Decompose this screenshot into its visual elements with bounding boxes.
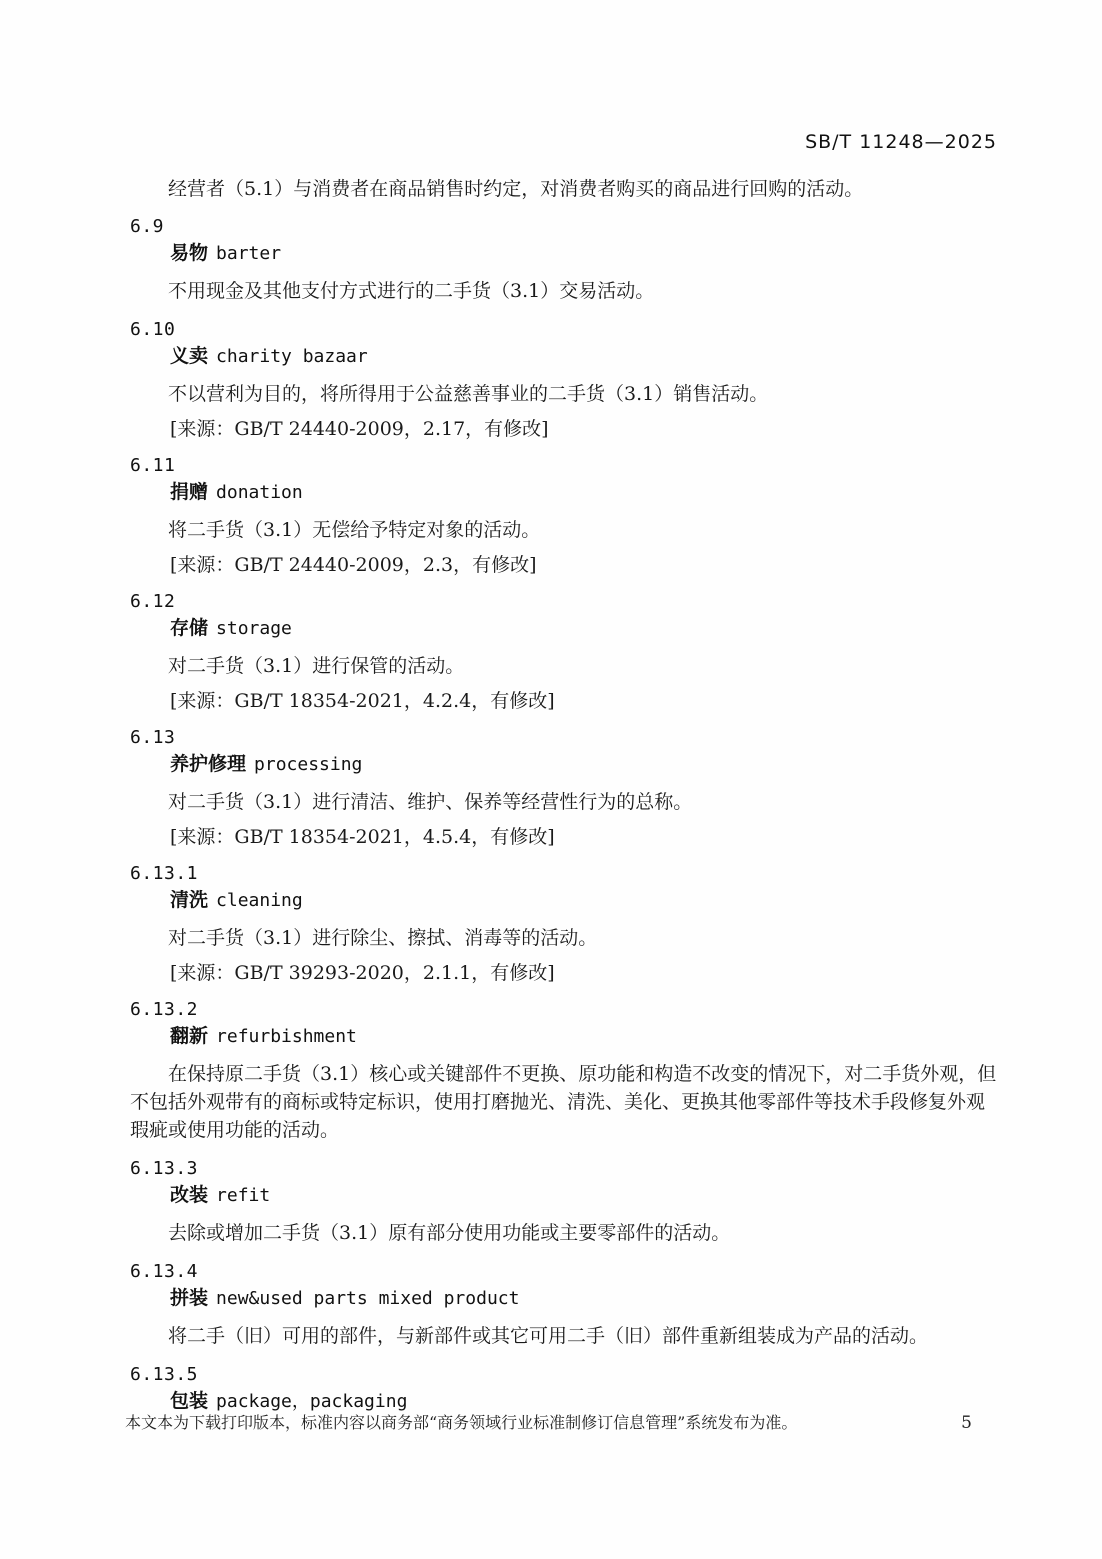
term-number: 6.11: [130, 454, 997, 478]
term-line: 包装package，packaging: [170, 1389, 997, 1414]
term-number: 6.13: [130, 726, 997, 750]
term-definition: 对二手货（3.1）进行除尘、擦拭、消毒等的活动。: [130, 924, 997, 952]
term-definition: 去除或增加二手货（3.1）原有部分使用功能或主要零部件的活动。: [130, 1219, 997, 1247]
sections-list: 6.9 易物barter 不用现金及其他支付方式进行的二手货（3.1）交易活动。…: [130, 215, 997, 1414]
term-english: charity bazaar: [216, 346, 368, 367]
term-line: 存储storage: [170, 616, 997, 641]
term-line: 易物barter: [170, 241, 997, 266]
term-entry: 6.13.1 清洗cleaning 对二手货（3.1）进行除尘、擦拭、消毒等的活…: [130, 862, 997, 985]
term-entry: 6.11 捐赠donation 将二手货（3.1）无偿给予特定对象的活动。 [来…: [130, 454, 997, 577]
term-english: refit: [216, 1185, 270, 1206]
page-number: 5: [961, 1413, 972, 1433]
term-english: processing: [254, 754, 362, 775]
term-entry: 6.13.2 翻新refurbishment 在保持原二手货（3.1）核心或关键…: [130, 998, 997, 1144]
term-entry: 6.13.4 拼装new&used parts mixed product 将二…: [130, 1260, 997, 1350]
term-chinese: 捐赠: [170, 481, 208, 503]
term-chinese: 改装: [170, 1184, 208, 1206]
source-note: [来源：GB/T 18354-2021，4.5.4，有修改]: [170, 825, 997, 849]
term-line: 清洗cleaning: [170, 888, 997, 913]
document-page: SB/T 11248—2025 经营者（5.1）与消费者在商品销售时约定，对消费…: [0, 0, 1102, 1559]
term-definition: 将二手（旧）可用的部件，与新部件或其它可用二手（旧）部件重新组装成为产品的活动。: [130, 1322, 997, 1350]
source-note: [来源：GB/T 39293-2020，2.1.1，有修改]: [170, 961, 997, 985]
term-line: 义卖charity bazaar: [170, 344, 997, 369]
term-chinese: 拼装: [170, 1287, 208, 1309]
term-number: 6.13.5: [130, 1363, 997, 1387]
term-entry: 6.12 存储storage 对二手货（3.1）进行保管的活动。 [来源：GB/…: [130, 590, 997, 713]
term-english: donation: [216, 482, 303, 503]
term-line: 拼装new&used parts mixed product: [170, 1286, 997, 1311]
term-chinese: 包装: [170, 1390, 208, 1412]
doc-number-header: SB/T 11248—2025: [805, 131, 997, 153]
document-body: 经营者（5.1）与消费者在商品销售时约定，对消费者购买的商品进行回购的活动。 6…: [130, 176, 997, 1414]
term-chinese: 养护修理: [170, 753, 246, 775]
term-english: refurbishment: [216, 1026, 357, 1047]
term-chinese: 清洗: [170, 889, 208, 911]
source-note: [来源：GB/T 18354-2021，4.2.4，有修改]: [170, 689, 997, 713]
term-line: 捐赠donation: [170, 480, 997, 505]
term-definition: 将二手货（3.1）无偿给予特定对象的活动。: [130, 516, 997, 544]
term-definition: 不用现金及其他支付方式进行的二手货（3.1）交易活动。: [130, 277, 997, 305]
term-english: barter: [216, 243, 281, 264]
term-number: 6.13.2: [130, 998, 997, 1022]
term-definition: 不以营利为目的，将所得用于公益慈善事业的二手货（3.1）销售活动。: [130, 380, 997, 408]
term-definition: 在保持原二手货（3.1）核心或关键部件不更换、原功能和构造不改变的情况下，对二手…: [130, 1060, 997, 1144]
term-chinese: 存储: [170, 617, 208, 639]
term-definition: 对二手货（3.1）进行清洁、维护、保养等经营性行为的总称。: [130, 788, 997, 816]
term-english: new&used parts mixed product: [216, 1288, 519, 1309]
term-definition: 对二手货（3.1）进行保管的活动。: [130, 652, 997, 680]
term-entry: 6.13.5 包装package，packaging: [130, 1363, 997, 1414]
source-note: [来源：GB/T 24440-2009，2.3，有修改]: [170, 553, 997, 577]
term-english: package，packaging: [216, 1391, 407, 1412]
term-line: 养护修理processing: [170, 752, 997, 777]
term-english: cleaning: [216, 890, 303, 911]
term-entry: 6.10 义卖charity bazaar 不以营利为目的，将所得用于公益慈善事…: [130, 318, 997, 441]
term-number: 6.13.4: [130, 1260, 997, 1284]
term-number: 6.13.1: [130, 862, 997, 886]
footer-note: 本文本为下载打印版本，标准内容以商务部“商务领域行业标准制修订信息管理”系统发布…: [125, 1412, 797, 1434]
term-entry: 6.9 易物barter 不用现金及其他支付方式进行的二手货（3.1）交易活动。: [130, 215, 997, 305]
term-chinese: 义卖: [170, 345, 208, 367]
term-number: 6.12: [130, 590, 997, 614]
source-note: [来源：GB/T 24440-2009，2.17，有修改]: [170, 417, 997, 441]
term-entry: 6.13.3 改装refit 去除或增加二手货（3.1）原有部分使用功能或主要零…: [130, 1157, 997, 1247]
term-chinese: 翻新: [170, 1025, 208, 1047]
continued-definition-paragraph: 经营者（5.1）与消费者在商品销售时约定，对消费者购买的商品进行回购的活动。: [130, 176, 997, 202]
term-entry: 6.13 养护修理processing 对二手货（3.1）进行清洁、维护、保养等…: [130, 726, 997, 849]
term-number: 6.9: [130, 215, 997, 239]
page-footer: 本文本为下载打印版本，标准内容以商务部“商务领域行业标准制修订信息管理”系统发布…: [125, 1412, 997, 1434]
term-english: storage: [216, 618, 292, 639]
term-number: 6.13.3: [130, 1157, 997, 1181]
term-line: 改装refit: [170, 1183, 997, 1208]
term-line: 翻新refurbishment: [170, 1024, 997, 1049]
term-number: 6.10: [130, 318, 997, 342]
term-chinese: 易物: [170, 242, 208, 264]
